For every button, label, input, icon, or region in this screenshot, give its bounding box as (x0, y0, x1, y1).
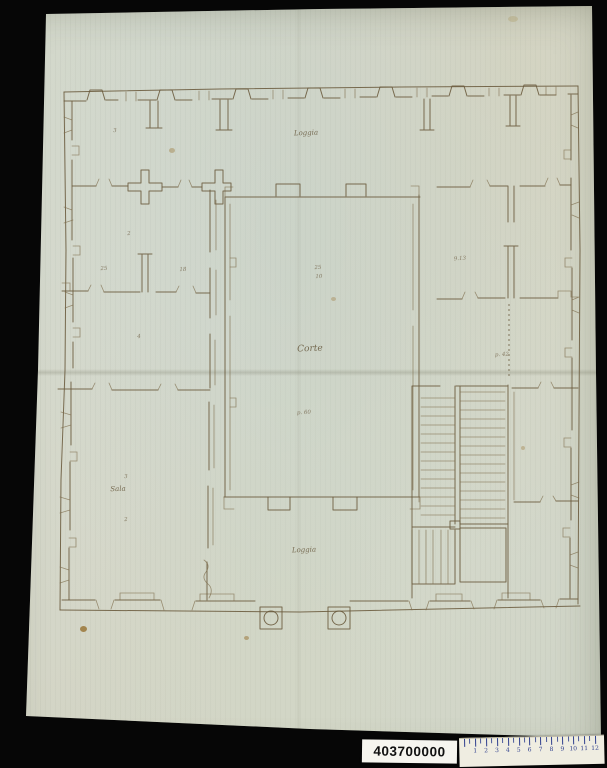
scale-ruler: 123456789101112 (459, 735, 605, 767)
ruler-tick-minor (589, 736, 590, 741)
plan-annotation: 3 (124, 474, 128, 480)
label-sala: Sala (110, 485, 126, 494)
ruler-number: 12 (591, 745, 599, 752)
ruler-number: 6 (528, 746, 532, 753)
plan-annotation: 2 (124, 517, 128, 523)
ruler-tick-major (595, 736, 596, 744)
ruler-tick-minor (546, 737, 547, 742)
ruler-tick-minor (524, 738, 525, 743)
ruler-ticks: 123456789101112 (459, 736, 604, 739)
plan-annotation: 9.13 (454, 256, 467, 263)
ruler-number: 7 (539, 746, 543, 753)
ruler-number: 1 (473, 748, 477, 755)
ruler-number: 5 (517, 747, 521, 754)
staircase (412, 385, 514, 598)
ruler-number: 3 (495, 747, 499, 754)
ruler-tick-major (486, 738, 487, 746)
ruler-tick-major (562, 737, 563, 745)
ruler-number: 8 (549, 746, 553, 753)
ruler-tick-major (540, 737, 541, 745)
plan-annotation: 3 (113, 128, 117, 134)
inventory-number: 403700000 (373, 743, 445, 759)
plan-annotation: 4 (137, 334, 141, 340)
ruler-tick-minor (502, 738, 503, 743)
ruler-tick-major (573, 736, 574, 744)
ruler-tick-minor (557, 737, 558, 742)
plan-annotation: 10 (315, 274, 322, 280)
ruler-tick-minor (469, 739, 470, 744)
ruler-tick-minor (535, 737, 536, 742)
plan-annotation: p. 42 (495, 352, 509, 359)
ruler-number: 9 (560, 746, 564, 753)
inventory-number-sticker: 403700000 (362, 739, 457, 763)
plan-annotation: 25 (314, 265, 321, 271)
ruler-tick-minor (568, 737, 569, 742)
entrance-column-bases (260, 607, 350, 629)
paper-sheet: Loggia Corte Sala Loggia 322518425109.13… (0, 0, 607, 768)
ruler-tick-major (497, 738, 498, 746)
ruler-tick-major (551, 737, 552, 745)
ruler-number: 4 (506, 747, 510, 754)
ruler-tick-minor (480, 738, 481, 743)
label-corte: Corte (297, 344, 323, 355)
plan-annotation: 25 (100, 266, 107, 272)
ruler-tick-minor (578, 736, 579, 741)
ruler-number: 10 (569, 745, 577, 752)
ruler-tick-major (529, 737, 530, 745)
left-wing-walls (58, 170, 231, 600)
ruler-number: 11 (580, 745, 588, 752)
label-loggia-bottom: Loggia (292, 546, 317, 555)
ruler-tick-major (508, 738, 509, 746)
plan-annotation: p. 60 (297, 410, 311, 417)
top-loggia-walls (146, 96, 520, 130)
scanned-drawing: Loggia Corte Sala Loggia 322518425109.13… (0, 0, 607, 768)
ruler-tick-major (519, 738, 520, 746)
floor-plan-drawing (0, 0, 607, 768)
ruler-tick-major (475, 739, 476, 747)
plan-annotation: 2 (127, 231, 131, 237)
ruler-tick-major (464, 739, 465, 747)
ruler-tick-major (584, 736, 585, 744)
ruler-number: 2 (484, 747, 488, 754)
label-loggia-top: Loggia (294, 129, 319, 138)
ruler-tick-minor (513, 738, 514, 743)
ruler-tick-minor (491, 738, 492, 743)
plan-annotation: 18 (179, 267, 186, 273)
